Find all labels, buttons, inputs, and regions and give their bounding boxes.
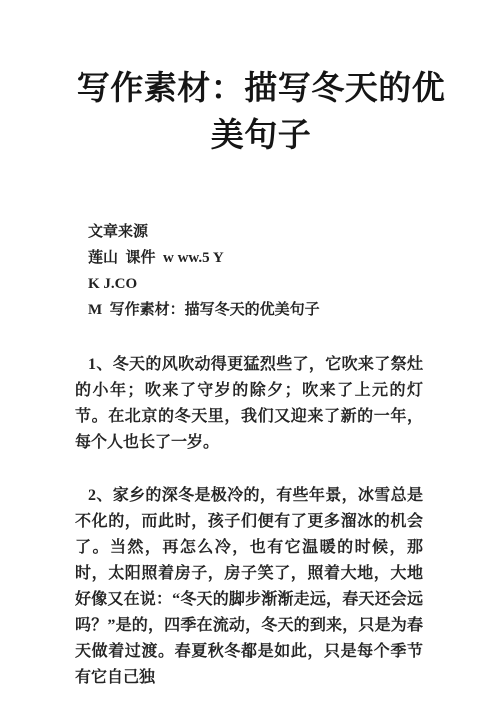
source-line-site-part2: K J.CO: [88, 276, 423, 292]
page-number: 1: [0, 648, 500, 662]
source-line-origin: 文章来源: [88, 224, 423, 240]
source-line-subject: M 写作素材：描写冬天的优美句子: [88, 302, 423, 318]
page-title: 写作素材：描写冬天的优美句子: [75, 66, 447, 160]
source-block: 文章来源 莲山 课件 w ww.5 Y K J.CO M 写作素材：描写冬天的优…: [75, 224, 423, 318]
document-page: 写作素材：描写冬天的优美句子 文章来源 莲山 课件 w ww.5 Y K J.C…: [0, 0, 500, 707]
document-body: 1、冬天的风吹动得更猛烈些了，它吹来了祭灶的小年；吹来了守岁的除夕；吹来了上元的…: [75, 352, 423, 691]
source-line-site-part1: 莲山 课件 w ww.5 Y: [88, 250, 423, 266]
body-paragraph-1: 1、冬天的风吹动得更猛烈些了，它吹来了祭灶的小年；吹来了守岁的除夕；吹来了上元的…: [75, 352, 423, 456]
